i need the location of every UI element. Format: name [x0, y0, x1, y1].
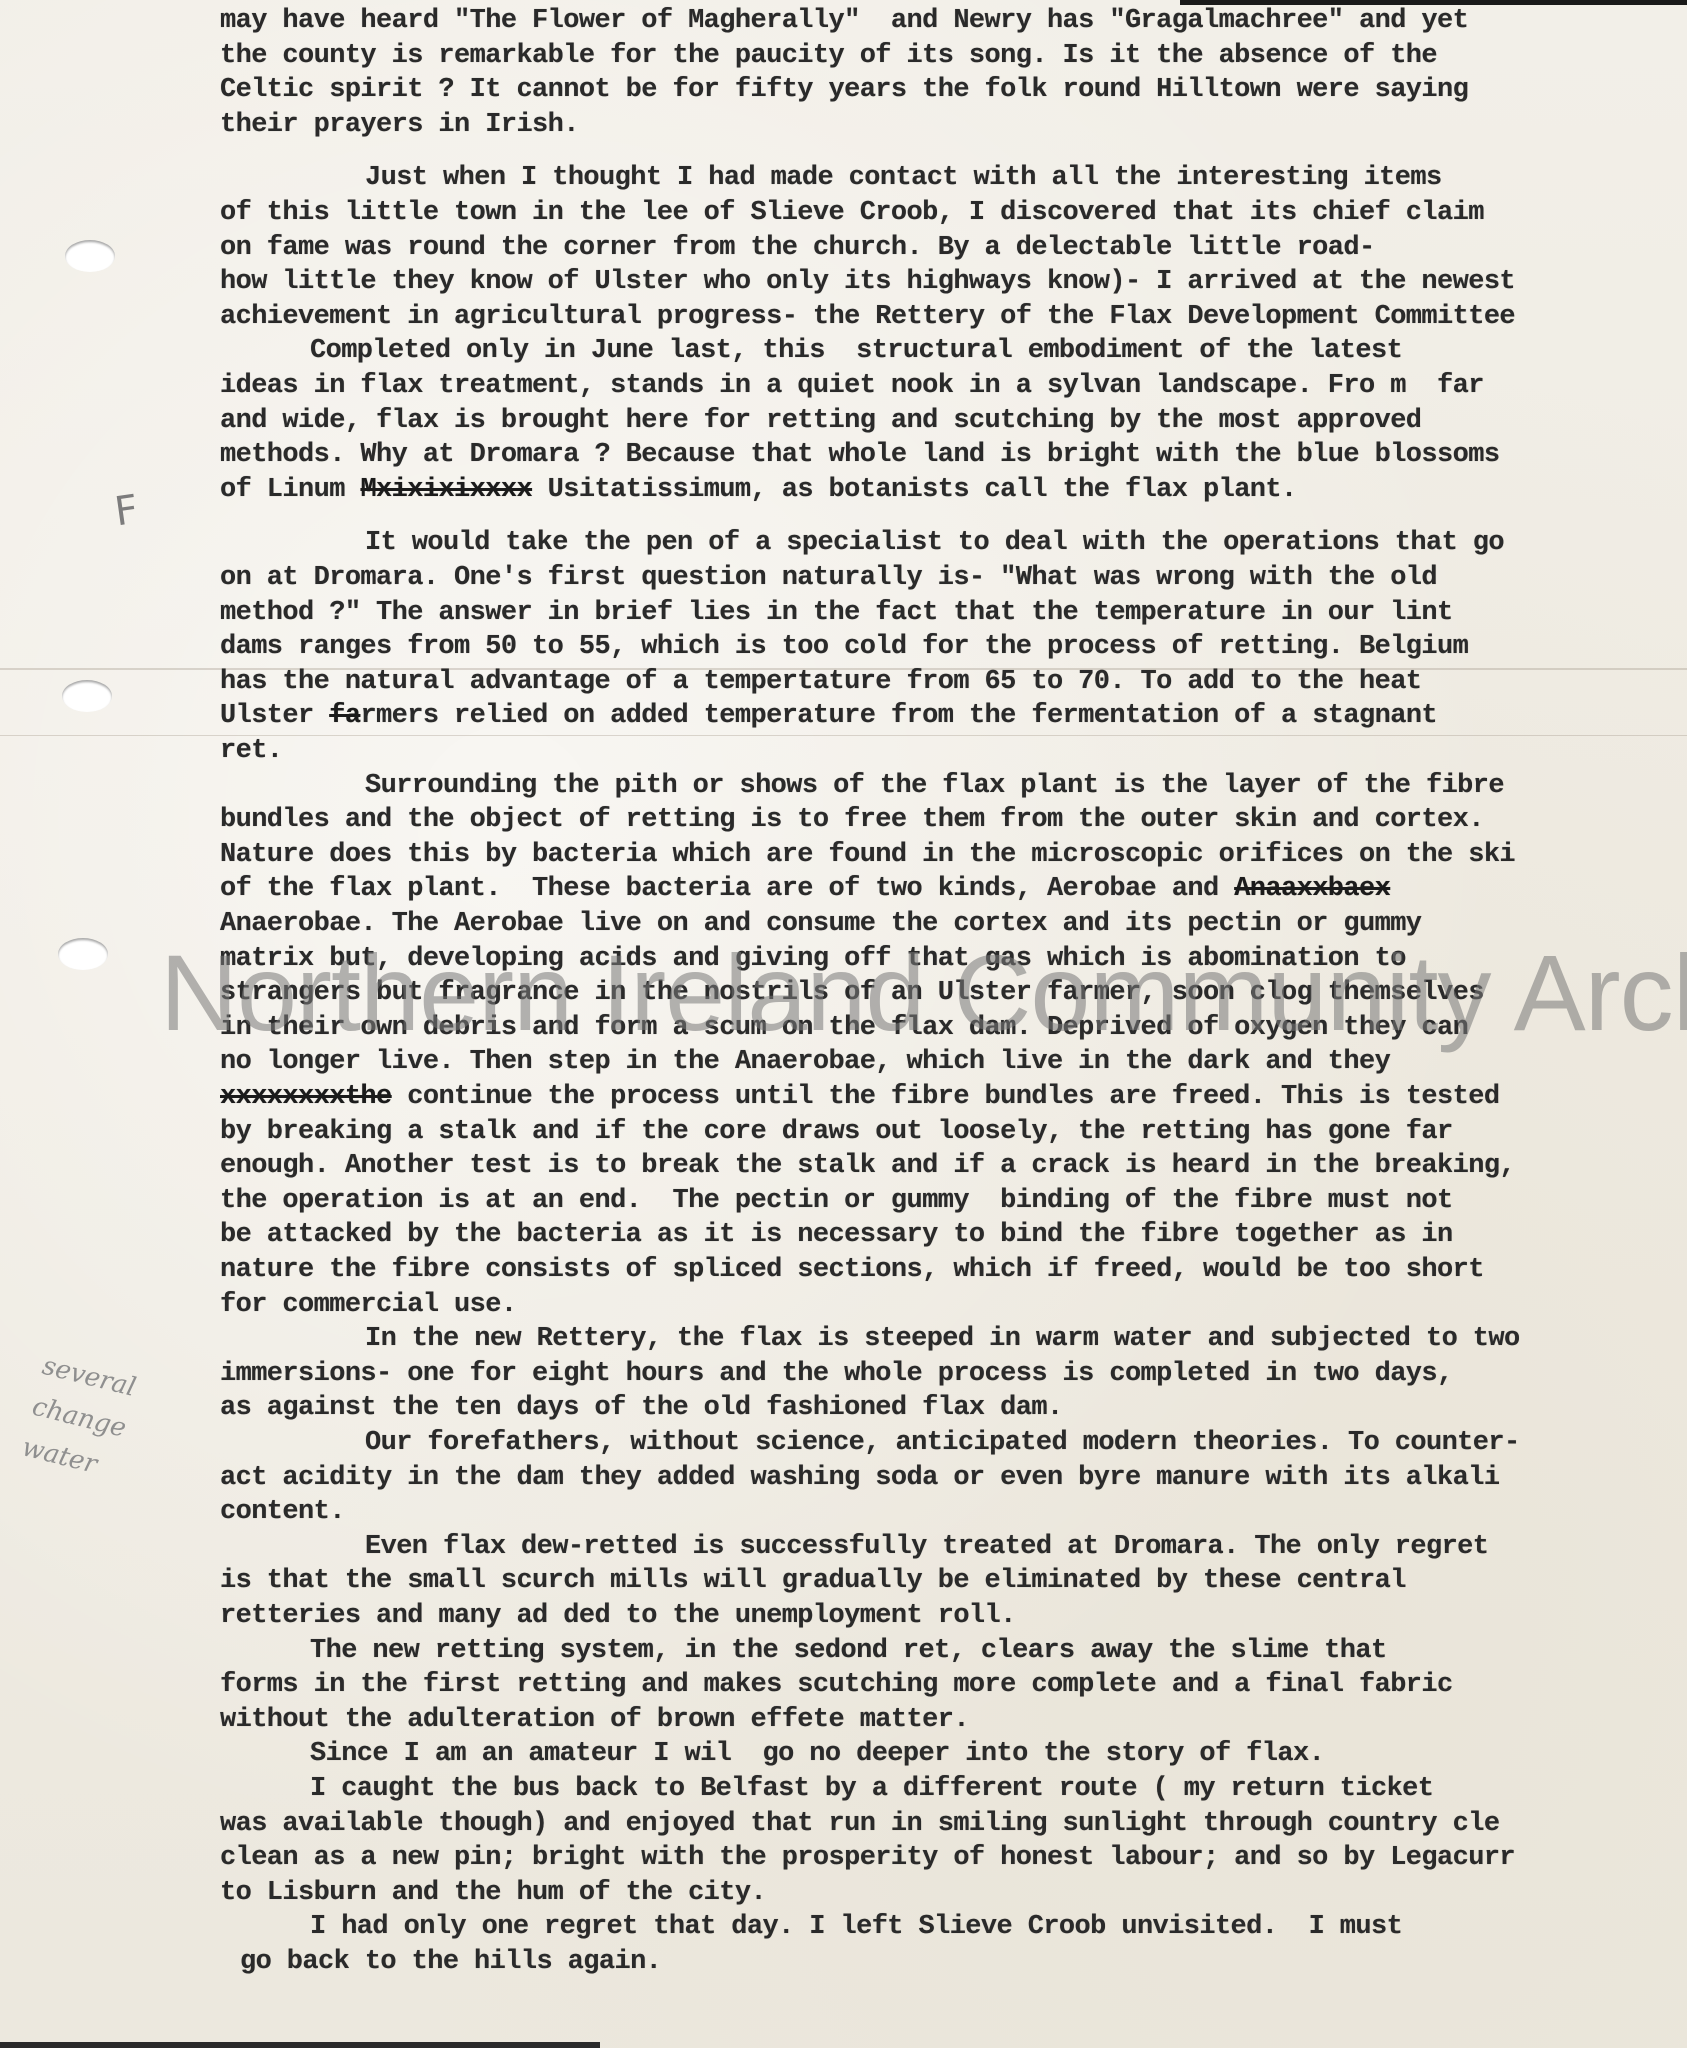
text-line: is that the small scurch mills will grad… [220, 1566, 1406, 1596]
text-line: forms in the first retting and makes scu… [220, 1670, 1453, 1700]
text-line: Since I am an amateur I wil go no deeper… [310, 1739, 1324, 1769]
text-line: the operation is at an end. The pectin o… [220, 1186, 1453, 1216]
text-line: Completed only in June last, this struct… [310, 336, 1402, 366]
text-line: strangers but fragrance in the nostrils … [220, 978, 1484, 1008]
text-line: It would take the pen of a specialist to… [365, 528, 1504, 558]
struck-out-text: Mxixixixxxx [360, 475, 532, 505]
text-line: on fame was round the corner from the ch… [220, 233, 1375, 263]
text-line: as against the ten days of the old fashi… [220, 1393, 1063, 1423]
text-line: Surrounding the pith or shows of the fla… [365, 771, 1504, 801]
text-line: no longer live. Then step in the Anaerob… [220, 1047, 1390, 1077]
text-line: to Lisburn and the hum of the city. [220, 1878, 766, 1908]
text-line: Even flax dew-retted is successfully tre… [365, 1532, 1488, 1562]
text-line: how little they know of Ulster who only … [220, 267, 1515, 297]
text-line: nature the fibre consists of spliced sec… [220, 1255, 1484, 1285]
text-line: retteries and many ad ded to the unemplo… [220, 1601, 1016, 1631]
struck-out-text: xxxxxxxxthe [220, 1082, 392, 1112]
text-line: be attacked by the bacteria as it is nec… [220, 1220, 1453, 1250]
text-line: In the new Rettery, the flax is steeped … [365, 1324, 1520, 1354]
text-line: without the adulteration of brown effete… [220, 1705, 969, 1735]
text-line: by breaking a stalk and if the core draw… [220, 1117, 1453, 1147]
text-line: in their own debris and form a scum on t… [220, 1013, 1468, 1043]
text-line: go back to the hills again. [240, 1947, 661, 1977]
typed-text-body: may have heard "The Flower of Magherally… [0, 0, 1687, 2048]
text-line: enough. Another test is to break the sta… [220, 1151, 1515, 1181]
text-line: of the flax plant. These bacteria are of… [220, 874, 1390, 904]
text-line: xxxxxxxxthe continue the process until t… [220, 1082, 1499, 1112]
text-line: on at Dromara. One's first question natu… [220, 563, 1437, 593]
text-line: the county is remarkable for the paucity… [220, 41, 1437, 71]
text-line: matrix but, developing acids and giving … [220, 944, 1406, 974]
text-line: was available though) and enjoyed that r… [220, 1809, 1499, 1839]
text-line: may have heard "The Flower of Magherally… [220, 6, 1468, 36]
text-line: act acidity in the dam they added washin… [220, 1463, 1499, 1493]
text-line: clean as a new pin; bright with the pros… [220, 1843, 1515, 1873]
text-line: The new retting system, in the sedond re… [310, 1636, 1387, 1666]
text-line: immersions- one for eight hours and the … [220, 1359, 1453, 1389]
text-line: method ?" The answer in brief lies in th… [220, 598, 1453, 628]
text-line: Our forefathers, without science, antici… [365, 1428, 1520, 1458]
text-line: of this little town in the lee of Slieve… [220, 198, 1484, 228]
text-line: dams ranges from 50 to 55, which is too … [220, 632, 1468, 662]
text-line: Ulster farmers relied on added temperatu… [220, 701, 1437, 731]
struck-out-text: fa [329, 701, 360, 731]
struck-out-text: Anaaxxbaex [1234, 874, 1390, 904]
text-line: Anaerobae. The Aerobae live on and consu… [220, 909, 1421, 939]
text-line: their prayers in Irish. [220, 110, 579, 140]
text-line: bundles and the object of retting is to … [220, 805, 1484, 835]
text-line: content. [220, 1497, 345, 1527]
text-line: has the natural advantage of a tempertat… [220, 667, 1421, 697]
text-line: Celtic spirit ? It cannot be for fifty y… [220, 75, 1468, 105]
text-line: of Linum Mxixixixxxx Usitatissimum, as b… [220, 475, 1297, 505]
text-line: Nature does this by bacteria which are f… [220, 840, 1515, 870]
text-line: I had only one regret that day. I left S… [310, 1912, 1402, 1942]
text-line: ideas in flax treatment, stands in a qui… [220, 371, 1484, 401]
text-line: and wide, flax is brought here for retti… [220, 406, 1421, 436]
text-line: I caught the bus back to Belfast by a di… [310, 1774, 1433, 1804]
text-line: methods. Why at Dromara ? Because that w… [220, 440, 1499, 470]
text-line: for commercial use. [220, 1290, 516, 1320]
text-line: achievement in agricultural progress- th… [220, 302, 1515, 332]
text-line: ret. [220, 736, 282, 766]
text-line: Just when I thought I had made contact w… [365, 163, 1442, 193]
